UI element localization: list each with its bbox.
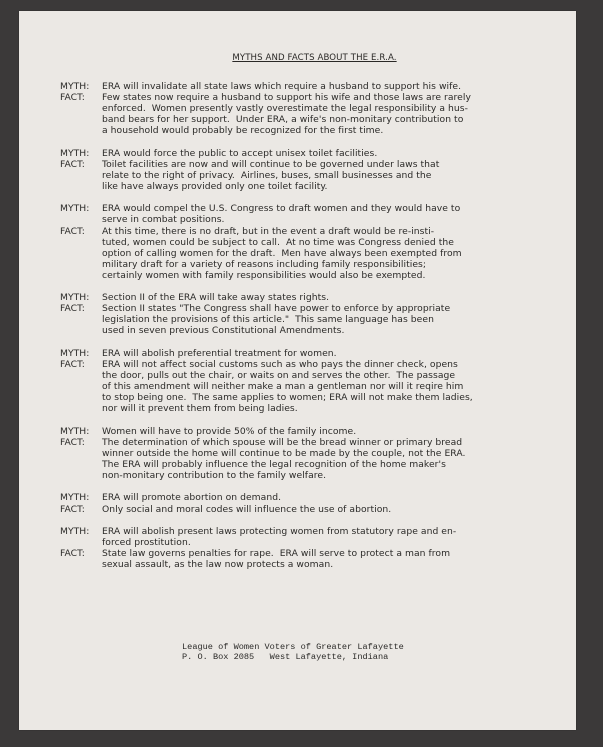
myth-row: MYTH:Section II of the ERA will take awa… bbox=[60, 292, 560, 303]
fact-text: At this time, there is no draft, but in … bbox=[102, 226, 560, 281]
fact-line: like have always provided only one toile… bbox=[102, 181, 560, 192]
fact-text: Only social and moral codes will influen… bbox=[102, 504, 560, 515]
myth-label: MYTH: bbox=[60, 526, 102, 548]
fact-line: tuted, women could be subject to call. A… bbox=[102, 237, 560, 248]
fact-line: relate to the right of privacy. Airlines… bbox=[102, 170, 560, 181]
myths-facts-list: MYTH:ERA will invalidate all state laws … bbox=[60, 81, 560, 582]
myth-text: ERA will invalidate all state laws which… bbox=[102, 81, 560, 92]
fact-line: Few states now require a husband to supp… bbox=[102, 92, 560, 103]
footer-organization: League of Women Voters of Greater Lafaye… bbox=[182, 642, 404, 652]
myth-fact-entry: MYTH:Women will have to provide 50% of t… bbox=[60, 426, 560, 481]
fact-text: ERA will not affect social customs such … bbox=[102, 359, 560, 414]
fact-text: The determination of which spouse will b… bbox=[102, 437, 560, 481]
myth-label: MYTH: bbox=[60, 348, 102, 359]
myth-line: ERA will promote abortion on demand. bbox=[102, 492, 560, 503]
fact-line: band bears for her support. Under ERA, a… bbox=[102, 114, 560, 125]
myth-line: serve in combat positions. bbox=[102, 214, 560, 225]
fact-line: At this time, there is no draft, but in … bbox=[102, 226, 560, 237]
fact-line: certainly women with family responsibili… bbox=[102, 270, 560, 281]
fact-row: FACT:Toilet facilities are now and will … bbox=[60, 159, 560, 192]
fact-row: FACT:Few states now require a husband to… bbox=[60, 92, 560, 136]
myth-row: MYTH:Women will have to provide 50% of t… bbox=[60, 426, 560, 437]
fact-line: enforced. Women presently vastly overest… bbox=[102, 103, 560, 114]
myth-label: MYTH: bbox=[60, 492, 102, 503]
fact-label: FACT: bbox=[60, 504, 102, 515]
fact-line: sexual assault, as the law now protects … bbox=[102, 559, 560, 570]
fact-line: State law governs penalties for rape. ER… bbox=[102, 548, 560, 559]
fact-line: a household would probably be recognized… bbox=[102, 125, 560, 136]
footer: League of Women Voters of Greater Lafaye… bbox=[182, 642, 404, 663]
fact-row: FACT:The determination of which spouse w… bbox=[60, 437, 560, 481]
myth-line: Section II of the ERA will take away sta… bbox=[102, 292, 560, 303]
document-title: MYTHS AND FACTS ABOUT THE E.R.A. bbox=[19, 53, 576, 63]
myth-fact-entry: MYTH:ERA will abolish preferential treat… bbox=[60, 348, 560, 414]
fact-row: FACT:ERA will not affect social customs … bbox=[60, 359, 560, 414]
myth-label: MYTH: bbox=[60, 148, 102, 159]
fact-line: Toilet facilities are now and will conti… bbox=[102, 159, 560, 170]
fact-text: State law governs penalties for rape. ER… bbox=[102, 548, 560, 570]
footer-address: P. O. Box 2085 West Lafayette, Indiana bbox=[182, 652, 404, 662]
fact-label: FACT: bbox=[60, 92, 102, 136]
myth-line: Women will have to provide 50% of the fa… bbox=[102, 426, 560, 437]
myth-label: MYTH: bbox=[60, 81, 102, 92]
fact-line: option of calling women for the draft. M… bbox=[102, 248, 560, 259]
myth-label: MYTH: bbox=[60, 292, 102, 303]
myth-fact-entry: MYTH:ERA will promote abortion on demand… bbox=[60, 492, 560, 514]
fact-line: winner outside the home will continue to… bbox=[102, 448, 560, 459]
fact-label: FACT: bbox=[60, 437, 102, 481]
myth-text: ERA will promote abortion on demand. bbox=[102, 492, 560, 503]
myth-line: ERA will abolish present laws protecting… bbox=[102, 526, 560, 537]
fact-line: The ERA will probably influence the lega… bbox=[102, 459, 560, 470]
fact-text: Toilet facilities are now and will conti… bbox=[102, 159, 560, 192]
fact-row: FACT:Only social and moral codes will in… bbox=[60, 504, 560, 515]
myth-row: MYTH:ERA will invalidate all state laws … bbox=[60, 81, 560, 92]
fact-line: of this amendment will neither make a ma… bbox=[102, 381, 560, 392]
fact-line: legislation the provisions of this artic… bbox=[102, 314, 560, 325]
fact-line: non-monitary contribution to the family … bbox=[102, 470, 560, 481]
fact-text: Few states now require a husband to supp… bbox=[102, 92, 560, 136]
myth-line: ERA would compel the U.S. Congress to dr… bbox=[102, 203, 560, 214]
document-page: MYTHS AND FACTS ABOUT THE E.R.A. MYTH:ER… bbox=[19, 11, 576, 730]
fact-line: The determination of which spouse will b… bbox=[102, 437, 560, 448]
myth-label: MYTH: bbox=[60, 203, 102, 225]
fact-row: FACT:State law governs penalties for rap… bbox=[60, 548, 560, 570]
fact-text: Section II states "The Congress shall ha… bbox=[102, 303, 560, 336]
myth-text: Section II of the ERA will take away sta… bbox=[102, 292, 560, 303]
fact-line: Only social and moral codes will influen… bbox=[102, 504, 560, 515]
fact-line: used in seven previous Constitutional Am… bbox=[102, 325, 560, 336]
myth-fact-entry: MYTH:ERA would compel the U.S. Congress … bbox=[60, 203, 560, 280]
title-text: MYTHS AND FACTS ABOUT THE E.R.A. bbox=[232, 53, 396, 63]
myth-row: MYTH:ERA would force the public to accep… bbox=[60, 148, 560, 159]
myth-row: MYTH:ERA will abolish present laws prote… bbox=[60, 526, 560, 548]
fact-label: FACT: bbox=[60, 359, 102, 414]
myth-label: MYTH: bbox=[60, 426, 102, 437]
myth-line: ERA will abolish preferential treatment … bbox=[102, 348, 560, 359]
fact-label: FACT: bbox=[60, 159, 102, 192]
myth-fact-entry: MYTH:ERA will invalidate all state laws … bbox=[60, 81, 560, 136]
fact-row: FACT:At this time, there is no draft, bu… bbox=[60, 226, 560, 281]
fact-line: ERA will not affect social customs such … bbox=[102, 359, 560, 370]
myth-fact-entry: MYTH:ERA would force the public to accep… bbox=[60, 148, 560, 192]
fact-line: to stop being one. The same applies to w… bbox=[102, 392, 560, 403]
myth-line: ERA will invalidate all state laws which… bbox=[102, 81, 560, 92]
myth-text: ERA would compel the U.S. Congress to dr… bbox=[102, 203, 560, 225]
myth-row: MYTH:ERA will abolish preferential treat… bbox=[60, 348, 560, 359]
fact-label: FACT: bbox=[60, 548, 102, 570]
fact-label: FACT: bbox=[60, 303, 102, 336]
myth-text: ERA would force the public to accept uni… bbox=[102, 148, 560, 159]
myth-text: ERA will abolish present laws protecting… bbox=[102, 526, 560, 548]
myth-text: ERA will abolish preferential treatment … bbox=[102, 348, 560, 359]
myth-line: ERA would force the public to accept uni… bbox=[102, 148, 560, 159]
myth-text: Women will have to provide 50% of the fa… bbox=[102, 426, 560, 437]
fact-line: military draft for a variety of reasons … bbox=[102, 259, 560, 270]
fact-label: FACT: bbox=[60, 226, 102, 281]
myth-row: MYTH:ERA will promote abortion on demand… bbox=[60, 492, 560, 503]
fact-line: nor will it prevent them from being ladi… bbox=[102, 403, 560, 414]
fact-row: FACT:Section II states "The Congress sha… bbox=[60, 303, 560, 336]
myth-fact-entry: MYTH:Section II of the ERA will take awa… bbox=[60, 292, 560, 336]
fact-line: the door, pulls out the chair, or waits … bbox=[102, 370, 560, 381]
myth-row: MYTH:ERA would compel the U.S. Congress … bbox=[60, 203, 560, 225]
myth-fact-entry: MYTH:ERA will abolish present laws prote… bbox=[60, 526, 560, 570]
myth-line: forced prostitution. bbox=[102, 537, 560, 548]
fact-line: Section II states "The Congress shall ha… bbox=[102, 303, 560, 314]
